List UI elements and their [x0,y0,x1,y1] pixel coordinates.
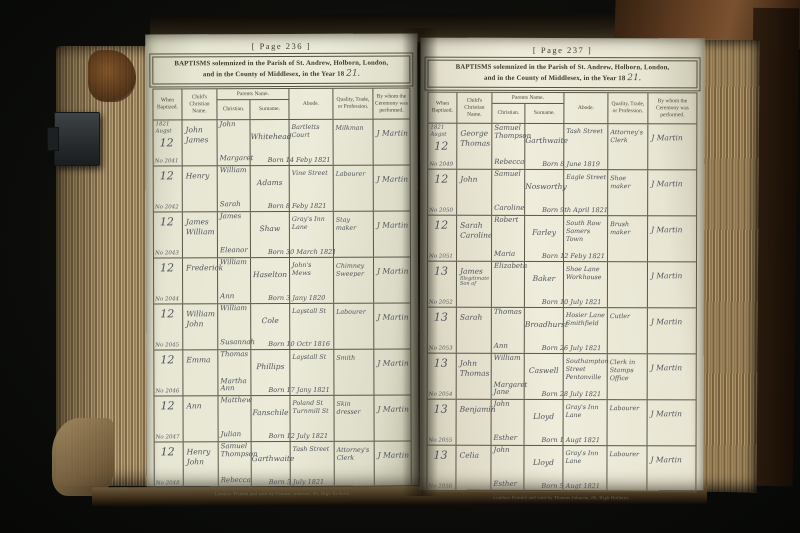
mother-name: Martha Ann [220,378,250,392]
trade-cell: Attorney's Clerk [608,124,648,169]
when-baptized-cell: 12 No 2050 [428,170,457,215]
child-name-cell: John [457,170,492,215]
birth-note: Born 10 July 1821 [542,298,602,306]
minister: J Martin [648,171,696,189]
child-name-cell: Sarah [457,308,492,353]
when-baptized-cell: 13 No 2052 [428,262,457,307]
minister-cell: J Martin [375,442,411,487]
title-line2: and in the County of Middlesex, in the Y… [154,68,408,81]
when-baptized-cell: 1821 Augst 12 No 2049 [428,124,457,169]
baptism-record: 12 No 2043 James William James Eleanor S… [154,212,410,259]
entry-number: No 2053 [429,346,453,352]
baptism-day: 12 [154,306,182,320]
baptism-record: 12 No 2044 Frederick William Ann Haselto… [154,258,410,305]
father-name: Thomas [218,350,250,359]
col-header-surname: Surname. [525,104,563,123]
child-name: Sarah Caroline [457,216,491,240]
col-header-child: Child's Christian Name. [182,90,217,120]
minister: J Martin [648,217,696,235]
child-name-cell: John Thomas [457,354,492,399]
minister: J Martin [374,212,410,230]
minister: J Martin [648,309,696,327]
col-header-parents-label: Parents Name. [492,93,563,104]
baptism-record: 12 No 2050 John Samuel Caroline Nosworth… [428,170,696,217]
col-header-abode: Abode. [289,89,333,119]
abode: South Row Somers Town [564,216,607,244]
minister-cell: J Martin [648,401,696,446]
baptism-record: 13 No 2055 Benjamin John Esther Lloyd Gr… [428,400,696,447]
parents-christian-cell: Thomas Ann [492,308,525,353]
child-name: William John [183,305,217,329]
minister-cell: J Martin [648,125,696,170]
entry-number: No 2056 [428,484,452,490]
title-line2: and in the County of Middlesex, in the Y… [429,72,695,85]
trade: Attorney's Clerk [335,442,374,463]
child-name: John [457,170,491,184]
trade: Labourer [608,400,647,413]
surname: Broadhurst [525,308,563,329]
child-name-cell: George Thomas [457,124,492,169]
child-name-cell: Henry [183,167,218,212]
minister-cell: J Martin [374,212,410,257]
child-name-cell: Emma [183,351,218,396]
birth-note: Born 3 Jany 1820 [268,294,325,302]
father-name: John [218,120,250,129]
birth-note: Born 26 July 1821 [542,344,602,352]
col-header-when: When Baptized. [153,90,182,120]
trade-cell: Labourer [334,304,374,349]
surname: Caswell [525,354,563,375]
parents-christian-cell: William Margaret Jane [492,354,525,399]
table-header: When Baptized. Child's Christian Name. P… [153,89,409,121]
child-name: Frederick [183,259,217,273]
birth-note: Born 14 Feby 1821 [268,156,331,164]
surname: Fanschile [251,396,289,417]
child-name: Henry John [184,443,218,467]
minister: J Martin [648,263,696,281]
father-name: Samuel Thompson [492,124,524,140]
child-name-cell: James Illegitimate Son of [457,262,492,307]
trade: Skin dresser [334,396,373,417]
mother-name: Caroline [494,205,524,212]
baptism-day: 13 [428,355,456,369]
trade: Clerk in Stamps Office [608,354,647,383]
printer-imprint-right: London: Printed and sold by Thomas Johns… [419,495,703,501]
trade-cell: Cutler [608,308,648,353]
child-name-cell: Henry John [184,443,219,488]
abode: Laystall St [290,350,333,362]
page-number-left: [ Page 236 ] [145,41,417,52]
entry-number: No 2044 [155,297,179,303]
abode: Bartletts Court [290,120,333,140]
trade: Labourer [334,166,373,179]
surname: Farley [525,216,563,237]
abode: Vine Street [290,166,333,178]
child-name-cell: Benjamin [457,400,492,445]
trade: Labourer [607,446,646,459]
child-name-cell: Ann [183,397,218,442]
child-name: Emma [183,351,217,365]
trade: Milkman [334,120,373,133]
when-baptized-cell: 12 No 2044 [154,259,183,304]
minister: J Martin [374,304,410,322]
mother-name: Ann [220,293,234,300]
minister: J Martin [647,447,695,465]
register-page-left: [ Page 236 ] BAPTISMS solemnized in the … [145,34,419,487]
baptism-day: 12 [154,214,182,228]
minister-cell: J Martin [374,350,410,395]
parents-christian-cell: Thomas Martha Ann [218,350,251,395]
baptism-date-year: 1821 Augst [428,124,456,138]
child-name: Henry [183,167,217,181]
surname: Whitehead [251,120,289,141]
col-header-when: When Baptized. [428,93,457,123]
baptism-record: 12 No 2042 Henry William Sarah Adams Vin… [154,166,410,213]
entry-number: No 2051 [429,254,453,260]
baptism-record: 12 No 2046 Emma Thomas Martha Ann Philli… [154,350,410,397]
birth-note: Born 5 July 1821 [269,478,324,486]
trade: Cutler [608,308,647,321]
parents-christian-cell: Matthew Julian [218,396,251,441]
trade-cell: Skin dresser [334,396,374,441]
parents-christian-cell: William Susannah [218,304,251,349]
mother-name: Eleanor [220,247,248,254]
register-title-right: BAPTISMS solemnized in the Parish of St.… [427,60,697,89]
mother-name: Rebecca [221,477,251,484]
father-name: William [492,354,524,363]
trade [608,262,647,267]
parents-christian-cell: Elizabeth [492,262,525,307]
when-baptized-cell: 12 No 2045 [154,305,183,350]
minister: J Martin [648,355,696,373]
birth-note: Born 1 Augt 1821 [542,436,601,444]
child-name: Benjamin [457,400,491,414]
printer-imprint-left: London: Printed and sold by Thomas Johns… [147,491,419,497]
baptism-day: 13 [428,309,456,323]
title-line1: BAPTISMS solemnized in the Parish of St.… [430,63,696,73]
when-baptized-cell: 13 No 2056 [427,446,456,491]
baptism-record: 12 No 2051 Sarah Caroline Robert Maria F… [428,216,696,263]
baptism-table-right: When Baptized. Child's Christian Name. P… [426,92,697,493]
father-name: William [218,258,250,267]
minister-cell: J Martin [648,355,696,400]
when-baptized-cell: 12 No 2046 [154,351,183,396]
handwritten-year: 21 [346,69,358,79]
when-baptized-cell: 12 No 2051 [428,216,457,261]
when-baptized-cell: 13 No 2054 [428,354,457,399]
mother-name: Esther [493,481,517,488]
trade-cell: Brush maker [608,216,648,261]
mother-name: Julian [221,431,242,438]
page-fore-edge-right [696,40,759,492]
baptism-record: 13 No 2056 Celia John Esther Lloyd Gray'… [427,446,695,492]
child-name: James William [183,213,217,237]
entry-number: No 2050 [429,208,453,214]
parents-christian-cell: Samuel Thompson Rebecca [492,124,525,169]
mother-name: Sarah [220,201,241,208]
col-header-minister: By whom the Ceremony was performed. [648,94,696,124]
surname: Adams [251,166,289,187]
birth-note: Born 5 Augt 1821 [541,482,600,490]
parents-christian-cell: Samuel Thompson Rebecca [219,442,252,487]
birth-note: Born 12 July 1821 [269,432,329,440]
parents-christian-cell: Robert Maria [492,216,525,261]
trade-cell: Labourer [608,400,648,445]
baptism-record: 12 No 2045 William John William Susannah… [154,304,410,351]
parents-christian-cell: John Esther [491,446,524,491]
baptism-day: 12 [154,168,182,182]
entry-number: No 2042 [155,205,179,211]
when-baptized-cell: 1821 Augst 12 No 2041 [154,121,183,166]
child-name-cell: William John [183,305,218,350]
father-name: Robert [492,216,524,225]
page-number-right: [ Page 237 ] [421,45,705,56]
birth-note: Born 28 July 1821 [542,390,602,398]
mother-name: Rebecca [494,159,524,166]
minister-cell: J Martin [374,304,410,349]
tattered-page-corner [52,418,114,496]
trade-cell: Labourer [334,166,374,211]
child-note: Illegitimate Son of [457,276,491,287]
baptism-day: 13 [428,263,456,277]
birth-note: Born 12 Feby 1821 [542,252,605,260]
minister: J Martin [374,396,410,414]
entry-number: No 2041 [155,159,179,165]
father-name: Elizabeth [492,262,524,271]
when-baptized-cell: 13 No 2053 [428,308,457,353]
mother-name: Margaret Jane [494,382,528,396]
entry-number: No 2052 [429,300,453,306]
trade-cell: Clerk in Stamps Office [608,354,648,399]
abode: Gray's Inn Lane [563,446,606,466]
baptism-record: 12 No 2048 Henry John Samuel Thompson Re… [155,442,411,488]
col-header-parents: Parents Name. Christian. Surname. [492,93,564,123]
child-name: Ann [183,397,217,411]
col-header-surname: Surname. [250,100,288,119]
trade: Labourer [334,304,373,317]
photo-background: [ Page 236 ] BAPTISMS solemnized in the … [0,0,800,533]
minister-cell: J Martin [374,258,410,303]
surname: Phillips [251,350,289,371]
father-name: Samuel Thompson [219,442,251,458]
child-name-cell: Frederick [183,259,218,304]
father-name: Matthew [218,396,250,405]
minister-cell: J Martin [374,166,410,211]
baptism-day: 12 [154,134,182,148]
entry-number: No 2043 [155,251,179,257]
trade: Stay maker [334,212,373,233]
mother-name: Margaret [220,155,254,162]
minister-cell: J Martin [374,396,410,441]
child-name-cell: James William [183,213,218,258]
baptism-day: 12 [428,171,456,185]
col-header-christian: Christian. [492,104,525,123]
surname: Haselton [251,258,289,279]
parents-christian-cell: William Ann [218,258,251,303]
baptism-table-left: When Baptized. Child's Christian Name. P… [152,88,411,489]
baptism-day: 12 [155,444,183,458]
when-baptized-cell: 12 No 2048 [155,443,184,488]
baptism-day: 12 [428,217,456,231]
father-name: John [492,400,524,409]
trade-cell: Milkman [334,120,374,165]
minister-cell: J Martin [648,309,696,354]
birth-note: Born 8 June 1819 [542,160,600,168]
father-name: William [218,304,250,313]
title-line2-prefix: and in the County of Middlesex, in the Y… [203,71,344,78]
minister: J Martin [648,125,696,143]
father-name: William [218,166,250,175]
minister-cell: J Martin [648,217,696,262]
col-header-child: Child's Christian Name. [457,93,492,123]
child-name: Celia [456,446,490,460]
minister: J Martin [648,401,696,419]
baptism-day: 12 [154,352,182,366]
surname: Cole [251,304,289,325]
father-name: Samuel [492,170,524,179]
baptism-record: 13 No 2052 James Illegitimate Son of Eli… [428,262,696,309]
father-name: James [218,212,250,221]
trade-cell [608,262,648,307]
trade-cell: Chimney Sweeper [334,258,374,303]
father-name: John [492,446,524,455]
parents-christian-cell: John Esther [492,400,525,445]
child-name: Sarah [457,308,491,322]
register-page-right: [ Page 237 ] BAPTISMS solemnized in the … [419,38,704,491]
col-header-parents-label: Parents Name. [217,89,288,100]
col-header-trade: Quality, Trade, or Profession. [333,89,373,119]
abode: Tash Street [291,442,334,454]
minister: J Martin [374,166,410,184]
when-baptized-cell: 12 No 2047 [154,397,183,442]
birth-note: Born 10 Octr 1816 [268,340,330,348]
baptism-record: 13 No 2054 John Thomas William Margaret … [428,354,696,401]
entry-number: No 2047 [156,435,180,441]
abode: Poland St Turnmill St [290,396,333,416]
trade-cell: Stay maker [334,212,374,257]
mother-name: Maria [494,251,515,258]
minister: J Martin [374,258,410,276]
baptism-day: 12 [154,260,182,274]
col-header-abode: Abode. [564,93,608,123]
entry-number: No 2046 [155,389,179,395]
child-name: James [457,262,491,276]
col-header-minister: By whom the Ceremony was performed. [373,89,409,119]
trade-cell: Shoe maker [608,170,648,215]
title-line1: BAPTISMS solemnized in the Parish of St.… [154,59,408,69]
mother-name: Ann [494,343,508,350]
baptism-day: 13 [427,447,455,461]
parents-christian-cell: John Margaret [218,120,251,165]
entry-number: No 2049 [429,162,453,168]
when-baptized-cell: 12 No 2042 [154,167,183,212]
col-header-christian: Christian. [217,100,250,119]
col-header-trade: Quality, Trade, or Profession. [608,93,648,123]
abode: Eagle Street [564,170,607,182]
title-line2-prefix: and in the County of Middlesex, in the Y… [484,75,625,82]
entry-number: No 2045 [155,343,179,349]
parents-christian-cell: Samuel Caroline [492,170,525,215]
mother-name: Esther [494,435,518,442]
birth-note: Born 9th April 1821 [542,206,608,214]
surname: Nosworthy [525,170,563,191]
abode: Gray's Inn Lane [564,400,607,420]
records-left: 1821 Augst 12 No 2041 John James John Ma… [154,120,411,488]
abode: Southampton Street Pentonville [564,354,607,382]
abode: John's Mews [290,258,333,278]
child-name: John James [183,121,217,145]
surname: Shaw [251,212,289,233]
parents-christian-cell: William Sarah [218,166,251,211]
birth-note: Born 30 March 1821 [268,248,336,256]
abode: Hosier Lane Smithfield [564,308,607,328]
col-header-parents: Parents Name. Christian. Surname. [217,89,289,119]
father-name: Thomas [492,308,524,317]
baptism-day: 12 [154,398,182,412]
minister-cell: J Martin [648,263,696,308]
minister-cell: J Martin [648,171,696,216]
birth-note: Born 8 Feby 1821 [268,202,327,210]
trade-cell: Smith [334,350,374,395]
surname: Garthwaite [252,442,290,463]
abode: Shoe Lane Workhouse [564,262,607,282]
mother-name: Susannah [220,339,255,346]
trade-cell: Labourer [607,446,647,491]
entry-number: No 2048 [156,481,180,487]
child-name-cell: John James [183,121,218,166]
trade: Smith [334,350,373,363]
abode: Tash Street [564,124,607,136]
trade: Brush maker [608,216,647,237]
baptism-record: 13 No 2053 Sarah Thomas Ann Broadhurst H… [428,308,696,355]
surname: Lloyd [525,400,563,421]
entry-number: No 2054 [429,392,453,398]
surname: Garthwaite [525,124,563,145]
child-name: George Thomas [457,124,491,148]
baptism-record: 1821 Augst 12 No 2049 George Thomas Samu… [428,124,696,171]
abode: Laystall St [290,304,333,316]
child-name: John Thomas [457,354,491,378]
abode: Gray's Inn Lane [290,212,333,232]
trade: Chimney Sweeper [334,258,373,279]
baptism-date-year: 1821 Augst [154,121,182,135]
baptism-record: 1821 Augst 12 No 2041 John James John Ma… [154,120,410,167]
table-header: When Baptized. Child's Christian Name. P… [428,93,696,125]
minister: J Martin [374,350,410,368]
birth-note: Born 17 Jany 1821 [268,386,329,394]
trade-cell: Attorney's Clerk [335,442,375,487]
baptism-record: 12 No 2047 Ann Matthew Julian Fanschile … [154,396,410,443]
when-baptized-cell: 12 No 2043 [154,213,183,258]
child-name-cell: Celia [456,446,491,491]
baptism-day: 13 [428,401,456,415]
trade: Shoe maker [608,170,647,191]
surname: Baker [525,262,563,283]
minister-cell: J Martin [647,447,695,492]
when-baptized-cell: 13 No 2055 [428,400,457,445]
child-name-cell: Sarah Caroline [457,216,492,261]
surname: Lloyd [524,446,562,467]
handwritten-year: 21 [627,73,639,83]
minister: J Martin [375,442,411,460]
book-clasp [54,112,100,166]
baptism-day: 12 [428,138,456,152]
minister-cell: J Martin [374,120,410,165]
minister: J Martin [374,120,410,138]
records-right: 1821 Augst 12 No 2049 George Thomas Samu… [427,124,696,492]
register-title-left: BAPTISMS solemnized in the Parish of St.… [152,56,410,85]
parents-christian-cell: James Eleanor [218,212,251,257]
